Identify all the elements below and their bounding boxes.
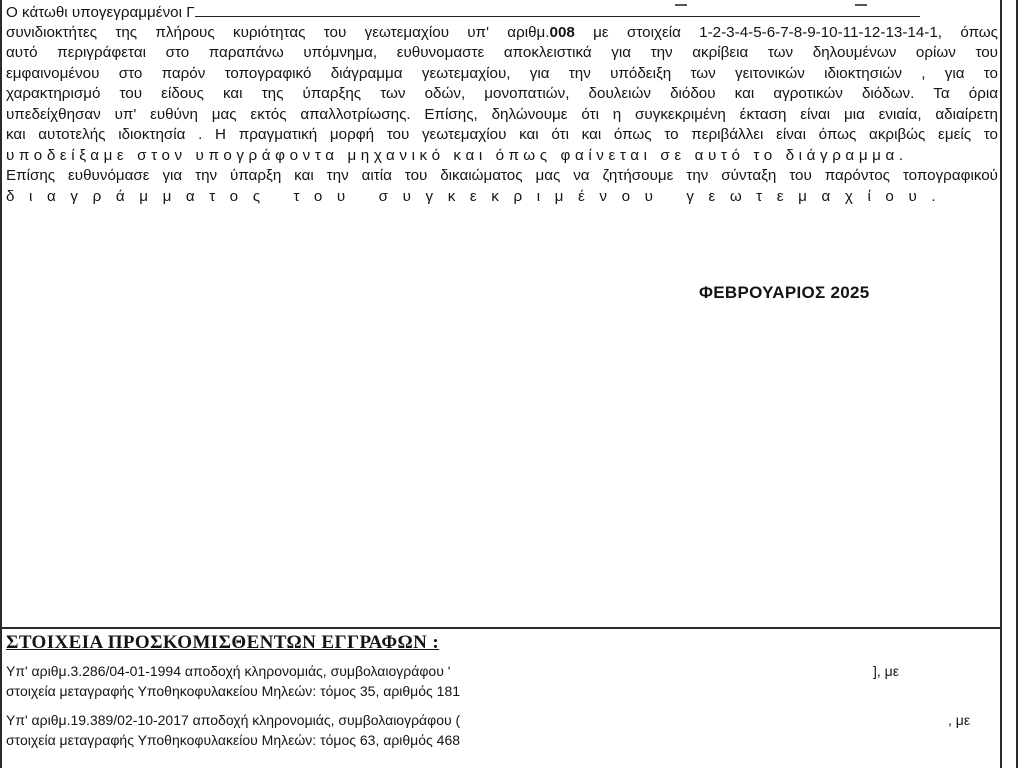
declaration-line-5: χαρακτηρισμό του είδους και της ύπαρξης … [6,84,998,105]
document-entry: Υπ' αριθμ.19.389/02-10-2017 αποδοχή κληρ… [6,711,996,750]
document-date: ΦΕΒΡΟΥΑΡΙΟΣ 2025 [699,283,870,303]
declaration-line-10: διαγράμματος του συγκεκριμένου γεωτεμαχί… [6,187,998,208]
declaration-text: συνιδιοκτήτες της πλήρους κυριότητας του… [6,24,550,41]
declaration-line-2: συνιδιοκτήτες της πλήρους κυριότητας του… [6,23,998,44]
declaration-line-3: αυτό περιγράφεται στο παραπάνω υπόμνημα,… [6,43,998,64]
declaration-text: Ο κάτωθι υπογεγραμμένοι Γ [6,4,195,21]
section-divider [0,627,1002,629]
declaration-line-7: και αυτοτελής ιδιοκτησία . Η πραγματική … [6,125,998,146]
page-border-right-outer [1016,0,1018,768]
document-entry-text: Υπ' αριθμ.3.286/04-01-1994 αποδοχή κληρο… [6,663,450,679]
page-border-left [0,0,2,768]
declaration-text: με στοιχεία 1-2-3-4-5-6-7-8-9-10-11-12-1… [575,24,998,41]
redacted-names [195,2,920,17]
declaration-line-8: υποδείξαμε στον υπογράφοντα μηχανικό και… [6,146,998,167]
document-entry-line-1: Υπ' αριθμ.3.286/04-01-1994 αποδοχή κληρο… [6,662,996,682]
declaration-line-1: Ο κάτωθι υπογεγραμμένοι Γ [6,2,998,23]
document-entry-line-1: Υπ' αριθμ.19.389/02-10-2017 αποδοχή κληρ… [6,711,996,731]
parcel-number: 008 [550,24,575,41]
declaration-line-6: υπεδείχθησαν υπ' ευθύνη μας εκτός απαλλο… [6,105,998,126]
declaration-paragraph: Ο κάτωθι υπογεγραμμένοι Γ συνιδιοκτήτες … [6,2,998,207]
declaration-line-4: εμφαινομένου στο παρόν τοπογραφικό διάγρ… [6,64,998,85]
document-entry-text-end: ], με [873,662,899,682]
document-entry-text-end: , με [948,711,970,731]
page-border-right-inner [1000,0,1002,768]
declaration-line-9: Επίσης ευθυνόμασε για την ύπαρξη και την… [6,166,998,187]
document-entry: Υπ' αριθμ.3.286/04-01-1994 αποδοχή κληρο… [6,662,996,701]
documents-section-title: ΣΤΟΙΧΕΙΑ ΠΡΟΣΚΟΜΙΣΘΕΝΤΩΝ ΕΓΓΡΑΦΩΝ : [6,632,439,654]
document-entry-text: Υπ' αριθμ.19.389/02-10-2017 αποδοχή κληρ… [6,712,460,728]
document-entry-line-2: στοιχεία μεταγραφής Υποθηκοφυλακείου Μηλ… [6,731,996,751]
document-entry-line-2: στοιχεία μεταγραφής Υποθηκοφυλακείου Μηλ… [6,682,996,702]
